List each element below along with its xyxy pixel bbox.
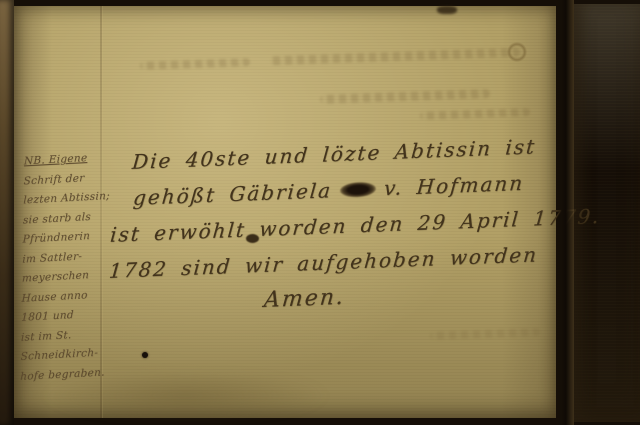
ink-blot [340, 181, 377, 197]
adjacent-page-edge [574, 4, 640, 422]
ink-bleedthrough-mark [140, 58, 250, 70]
inscription-text: v. Hofmann [383, 165, 526, 207]
main-inscription: Die 40ste und lözte Abtissin ist gehößt … [105, 127, 572, 325]
ink-bleedthrough-mark [430, 328, 540, 340]
book-binding-edge [0, 0, 14, 425]
page-edge-shadow [556, 0, 574, 425]
ink-bleedthrough-mark [320, 89, 490, 104]
manuscript-photo: NB. Eigene Schrift der lezten Abtissin; … [0, 0, 640, 425]
ink-bleedthrough-mark [270, 48, 520, 66]
paper-stain [437, 6, 457, 14]
ink-blot [246, 234, 259, 243]
ink-dot [142, 352, 148, 358]
ink-bleedthrough-mark [420, 108, 530, 120]
manuscript-page: NB. Eigene Schrift der lezten Abtissin; … [14, 6, 556, 418]
